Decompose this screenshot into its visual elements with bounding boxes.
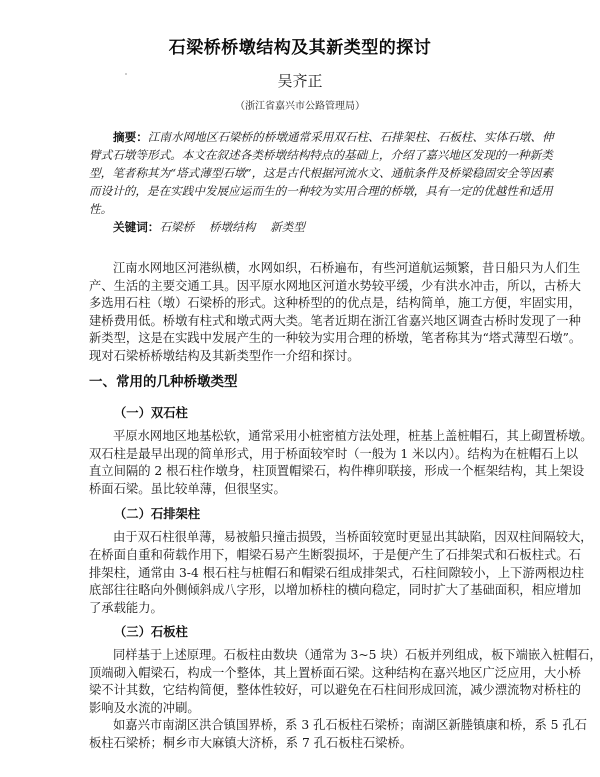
body-line: 在桥面自重和荷载作用下，帽梁石易产生断裂损坏，于是便产生了石排架式和石板柱式。石 — [89, 548, 581, 563]
keyword: 桥墩结构 — [209, 220, 255, 234]
body-line: 多选用石柱（墩）石梁桥的形式。这种桥型的的优点是，结构简单，施工方便，牢固实用， — [89, 296, 581, 311]
body-line: 双石柱是最早出现的简单形式，用于桥面较窄时（一般为 1 米以内）。结构为在桩帽石… — [89, 447, 578, 462]
body-line: 建桥费用低。桥墩有柱式和墩式两大类。笔者近期在浙江省嘉兴地区调查古桥时发现了一种 — [89, 314, 581, 329]
body-line: 排架柱，通常由 3-4 根石柱与桩帽石和帽梁石组成排架式，石柱间隙较小，上下游两… — [89, 566, 584, 581]
body-line: 底部往往略向外侧倾斜成八字形，以增加桥柱的横向稳定，同时扩大了基础面积，相应增加 — [89, 583, 581, 598]
abstract-line: 而设计的，是在实践中发展应运而生的一种较为实用合理的桥墩，具有一定的优越性和适用 — [89, 184, 553, 199]
body-line: 顶端砌入帽梁石，构成一个整体，其上置桥面石梁。这种结构在嘉兴地区广泛应用，大小桥 — [89, 666, 581, 681]
keyword: 新类型 — [270, 220, 305, 234]
body-line: 影响及水流的冲刷。 — [89, 701, 200, 716]
author-affiliation: （浙江省嘉兴市公路管理局） — [0, 97, 600, 112]
abstract-line: 性。 — [89, 202, 112, 217]
paper-title: 石梁桥桥墩结构及其新类型的探讨 — [0, 33, 600, 58]
body-line: 由于双石柱很单薄，易被船只撞击损毁，当桥面较宽时更显出其缺陷，因双柱间隔较大， — [113, 530, 593, 545]
body-line: 江南水网地区河港纵横，水网如织，石桥遍布，有些河道航运频繁，昔日船只为人们生 — [113, 261, 580, 276]
body-line: 板柱石梁桥；桐乡市大麻镇大济桥，系 7 孔石板柱石梁桥。 — [89, 736, 412, 751]
abstract-label: 摘要： — [113, 130, 148, 144]
body-line: 了承载能力。 — [89, 601, 163, 616]
subsection-heading: （三）石板柱 — [114, 622, 188, 640]
body-line: 现对石梁桥桥墩结构及其新类型作一介绍和探讨。 — [89, 349, 360, 364]
body-line: 如嘉兴市南湖区洪合镇国界桥，系 3 孔石板柱石梁桥；南湖区新塍镇康和桥，系 5 … — [113, 718, 587, 733]
subsection-heading: （一）双石柱 — [114, 403, 188, 421]
abstract-line: 臂式石墩等形式。本文在叙述各类桥墩结构特点的基础上，介绍了嘉兴地区发现的一种新类 — [89, 148, 553, 163]
body-line: 产、生活的主要交通工具。因平原水网地区河道水势较平缓，少有洪水冲击，所以，古桥大 — [89, 279, 581, 294]
subsection-heading: （二）石排架柱 — [114, 504, 200, 522]
body-line: 新类型，这是在实践中发展产生的一种较为实用合理的桥墩，笔者称其为“塔式薄型石墩”… — [89, 331, 581, 346]
document-page: 石梁桥桥墩结构及其新类型的探讨 吴齐正 （浙江省嘉兴市公路管理局） 摘要：江南水… — [0, 0, 600, 777]
keywords: 关键词：石梁桥 桥墩结构 新类型 — [113, 220, 305, 235]
abstract-line: 型，笔者称其为“塔式薄型石墩”，这是古代根据河流水文、通航条件及桥梁稳固安全等因… — [89, 166, 553, 181]
body-line: 梁不计其数，它结构简便，整体性较好，可以避免在石柱间形成回流，减少漂流物对桥柱的 — [89, 683, 581, 698]
abstract-line: 摘要：江南水网地区石梁桥的桥墩通常采用双石柱、石排架柱、石板柱、实体石墩、伸 — [113, 130, 554, 145]
keywords-label: 关键词： — [113, 220, 159, 234]
body-line: 桥面石梁。虽比较单薄，但很坚实。 — [89, 482, 286, 497]
body-line: 直立间隔的 2 根石柱作墩身，柱顶置帽梁石，构件榫卯联接，形成一个框架结构，其上… — [89, 464, 584, 479]
body-line: 平原水网地区地基松软，通常采用小桩密植方法处理，桩基上盖桩帽石，其上砌置桥墩。 — [113, 429, 593, 444]
body-line: 同样基于上述原理。石板柱由数块（通常为 3~5 块）石板并列组成，板下端嵌入桩帽… — [113, 648, 600, 663]
paper-author: 吴齐正 — [0, 70, 600, 91]
keyword: 石梁桥 — [159, 220, 194, 234]
section-heading: 一、常用的几种桥墩类型 — [89, 370, 238, 390]
